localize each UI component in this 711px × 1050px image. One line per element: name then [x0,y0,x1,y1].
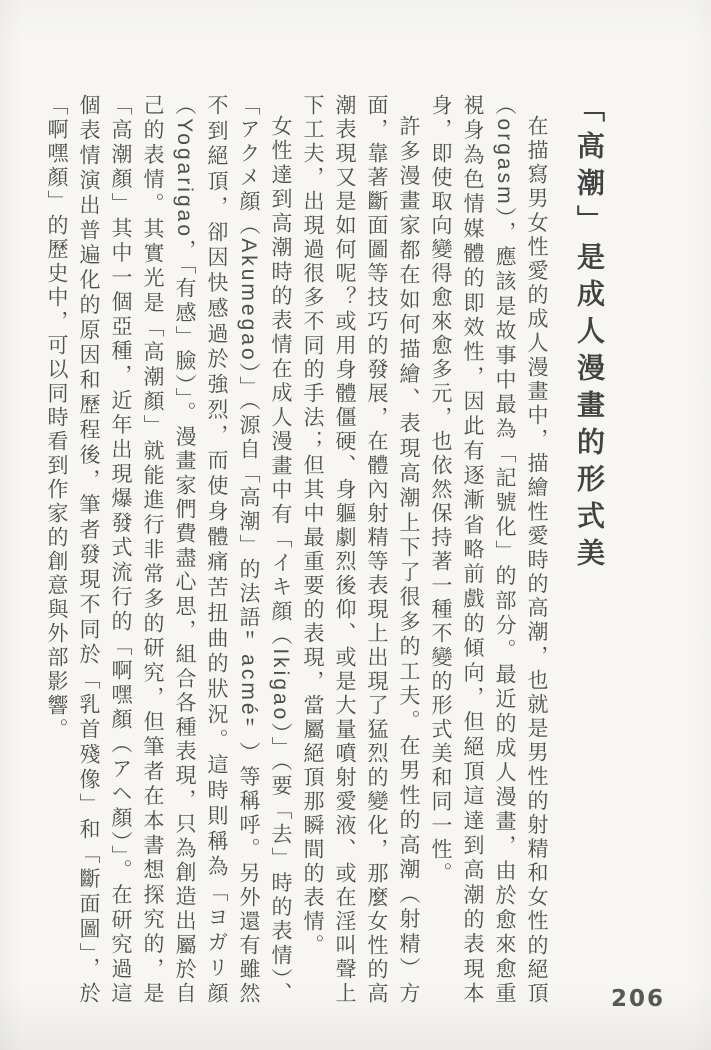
page-number: 206 [611,986,665,1012]
body-paragraph-3: 女性達到高潮時的表情在成人漫畫中有「イキ顔（Ikigao）」（要「去」時的表情）… [40,94,296,1006]
vertical-text-block: 「高潮」是成人漫畫的形式美 在描寫男女性愛的成人漫畫中，描繪性愛時的高潮，也就是… [40,94,612,1006]
body-paragraph-2: 許多漫畫家都在如何描繪、表現高潮上下了很多的工夫。在男性的高潮（射精）方面，靠著… [296,94,424,1006]
body-paragraph-1: 在描寫男女性愛的成人漫畫中，描繪性愛時的高潮，也就是男性的射精和女性的絕頂（or… [424,94,552,1006]
chapter-title: 「高潮」是成人漫畫的形式美 [566,94,612,1006]
